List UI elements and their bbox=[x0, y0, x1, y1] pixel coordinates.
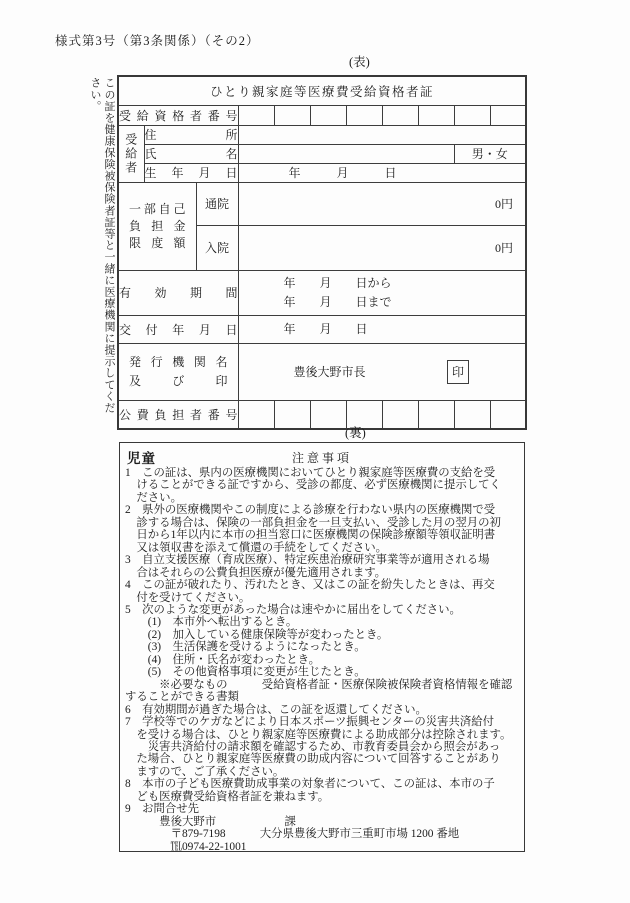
side-instruction-text: この証を健康保険被保険者証等と一緒に医療機関に提示してください。 bbox=[88, 77, 116, 422]
issue-date-label: 交付年月日 bbox=[118, 315, 238, 343]
issuer-name: 豊後大野市長 bbox=[294, 365, 366, 379]
name-label: 氏名 bbox=[144, 144, 238, 163]
recipient-number-cell bbox=[382, 105, 418, 125]
public-payer-number-label: 公費負担者番号 bbox=[118, 400, 238, 429]
outpatient-amount: 0円 bbox=[238, 182, 526, 225]
issue-date-value: 年 月 日 bbox=[238, 315, 526, 343]
outpatient-label: 通院 bbox=[196, 182, 238, 225]
recipient-number-cell bbox=[274, 105, 310, 125]
address-label: 住所 bbox=[144, 125, 238, 144]
notes-header-title: 注意事項 bbox=[125, 449, 519, 466]
notes-header: 児童 注意事項 bbox=[125, 447, 519, 465]
name-value bbox=[238, 144, 454, 163]
recipient-number-label: 受給資格者番号 bbox=[118, 105, 238, 125]
public-payer-number-cell bbox=[310, 400, 346, 429]
public-payer-number-cell bbox=[238, 400, 274, 429]
recipient-number-cell bbox=[238, 105, 274, 125]
inpatient-label: 入院 bbox=[196, 225, 238, 270]
issuer-name-cell: 豊後大野市長 印 bbox=[238, 343, 526, 400]
front-side-label: (表) bbox=[349, 52, 370, 70]
recipient-number-cell bbox=[490, 105, 526, 125]
notes-body: 1 この証は、県内の医療機関においてひとり親家庭等医療費の支給を受 けることがで… bbox=[125, 467, 519, 853]
form-number-label: 様式第3号（第3条関係）（その2） bbox=[55, 31, 260, 49]
copay-limit-label: 一部自己 負担金 限度額 bbox=[118, 182, 196, 270]
back-side-label: (裏) bbox=[345, 423, 366, 441]
recipient-number-cell bbox=[346, 105, 382, 125]
form-page: 様式第3号（第3条関係）（その2） (表) この証を健康保険被保険者証等と一緒に… bbox=[0, 0, 630, 903]
birthdate-value: 年 月 日 bbox=[238, 163, 526, 182]
inpatient-amount: 0円 bbox=[238, 225, 526, 270]
public-payer-number-cell bbox=[274, 400, 310, 429]
public-payer-number-cell bbox=[382, 400, 418, 429]
seal-mark: 印 bbox=[447, 360, 469, 384]
recipient-number-cell bbox=[418, 105, 454, 125]
issuer-label: 発行機関名 及び印 bbox=[118, 343, 238, 400]
public-payer-number-cell bbox=[418, 400, 454, 429]
public-payer-number-cell bbox=[490, 400, 526, 429]
valid-period-label: 有効期間 bbox=[118, 270, 238, 315]
certificate-table: ひとり親家庭等医療費受給資格者証 受給資格者番号 受給者 住所 氏名 男・女 bbox=[117, 75, 527, 430]
sex-options: 男・女 bbox=[454, 144, 526, 163]
recipient-group-label: 受給者 bbox=[118, 125, 144, 182]
address-value bbox=[238, 125, 526, 144]
notes-box: 児童 注意事項 1 この証は、県内の医療機関においてひとり親家庭等医療費の支給を… bbox=[119, 442, 525, 852]
certificate-title: ひとり親家庭等医療費受給資格者証 bbox=[118, 76, 526, 105]
public-payer-number-cell bbox=[454, 400, 490, 429]
valid-period-value: 年 月 日から 年 月 日まで bbox=[238, 270, 526, 315]
birthdate-label: 生年月日 bbox=[144, 163, 238, 182]
recipient-number-cell bbox=[310, 105, 346, 125]
recipient-number-cell bbox=[454, 105, 490, 125]
